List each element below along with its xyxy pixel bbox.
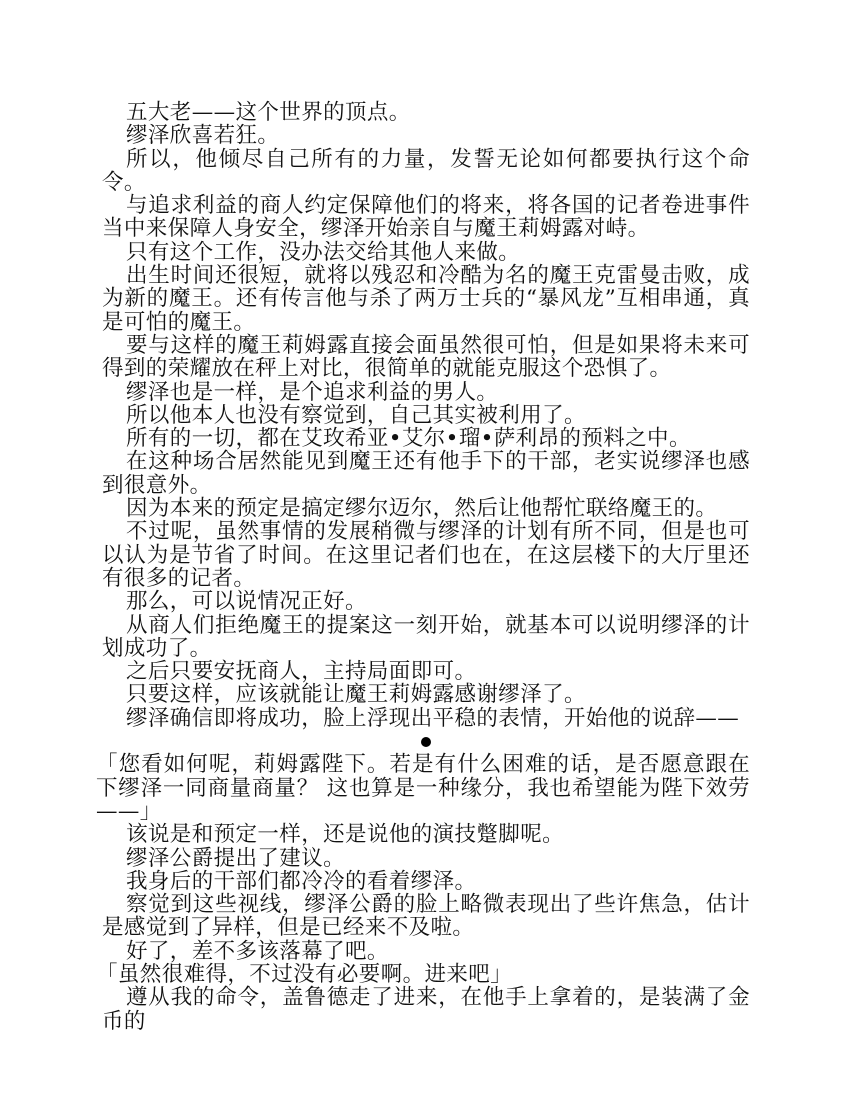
- paragraph: 从商人们拒绝魔王的提案这一刻开始，就基本可以说明缪泽的计划成功了。: [102, 614, 750, 661]
- paragraph: 缪泽确信即将成功，脸上浮现出平稳的表情，开始他的说辞——: [102, 707, 750, 730]
- paragraph: 在这种场合居然能见到魔王还有他手下的干部，老实说缪泽也感到很意外。: [102, 450, 750, 497]
- paragraph: 所以他本人也没有察觉到，自己其实被利用了。: [102, 404, 750, 427]
- dialogue-paragraph: 「虽然很难得，不过没有必要啊。进来吧」: [96, 963, 750, 986]
- scene-separator: [102, 730, 750, 753]
- paragraph: 之后只要安抚商人，主持局面即可。: [102, 660, 750, 683]
- paragraph: 因为本来的预定是搞定缪尔迈尔，然后让他帮忙联络魔王的。: [102, 497, 750, 520]
- document-page: 五大老——这个世界的顶点。 缪泽欣喜若狂。 所以，他倾尽自己所有的力量，发誓无论…: [102, 101, 750, 1033]
- paragraph: 缪泽也是一样，是个追求利益的男人。: [102, 381, 750, 404]
- paragraph: 只要这样，应该就能让魔王莉姆露感谢缪泽了。: [102, 683, 750, 706]
- bullet-separator-icon: [421, 737, 431, 747]
- paragraph: 那么，可以说情况正好。: [102, 590, 750, 613]
- paragraph: 只有这个工作，没办法交给其他人来做。: [102, 241, 750, 264]
- paragraph: 出生时间还很短，就将以残忍和冷酷为名的魔王克雷曼击败，成为新的魔王。还有传言他与…: [102, 264, 750, 334]
- paragraph: 要与这样的魔王莉姆露直接会面虽然很可怕，但是如果将未来可得到的荣耀放在秤上对比，…: [102, 334, 750, 381]
- dialogue-paragraph: 「您看如何呢，莉姆露陛下。若是有什么困难的话，是否愿意跟在下缪泽一同商量商量？ …: [96, 753, 750, 823]
- paragraph: 所有的一切，都在艾玫希亚•艾尔•瑠•萨利昂的预料之中。: [102, 427, 750, 450]
- paragraph: 不过呢，虽然事情的发展稍微与缪泽的计划有所不同，但是也可以认为是节省了时间。在这…: [102, 520, 750, 590]
- paragraph: 所以，他倾尽自己所有的力量，发誓无论如何都要执行这个命令。: [102, 148, 750, 195]
- paragraph: 与追求利益的商人约定保障他们的将来，将各国的记者卷进事件当中来保障人身安全，缪泽…: [102, 194, 750, 241]
- paragraph: 缪泽公爵提出了建议。: [102, 847, 750, 870]
- paragraph: 好了，差不多该落幕了吧。: [102, 940, 750, 963]
- paragraph: 我身后的干部们都冷冷的看着缪泽。: [102, 870, 750, 893]
- paragraph: 察觉到这些视线，缪泽公爵的脸上略微表现出了些许焦急，估计是感觉到了异样，但是已经…: [102, 893, 750, 940]
- paragraph: 缪泽欣喜若狂。: [102, 124, 750, 147]
- paragraph: 遵从我的命令，盖鲁德走了进来，在他手上拿着的，是装满了金币的: [102, 986, 750, 1033]
- paragraph: 五大老——这个世界的顶点。: [102, 101, 750, 124]
- paragraph: 该说是和预定一样，还是说他的演技蹩脚呢。: [102, 823, 750, 846]
